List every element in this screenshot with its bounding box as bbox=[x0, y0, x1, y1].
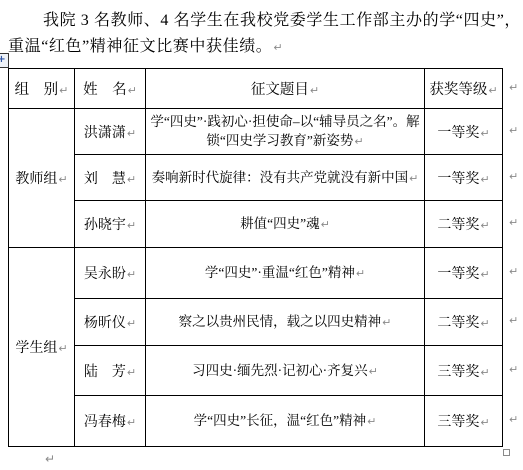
cell-end-mark: ↵ bbox=[128, 84, 137, 97]
cell-end-mark: ↵ bbox=[356, 267, 365, 280]
name-cell[interactable]: 孙晓宇↵ bbox=[75, 201, 146, 248]
end-of-row-mark: ↵ bbox=[509, 314, 518, 327]
title-text: 学“四史”·践初心·担使命–以“辅导员之名”。解锁“四史学习教育”新姿势 bbox=[150, 114, 419, 148]
cell-end-mark: ↵ bbox=[480, 173, 489, 186]
award-cell[interactable]: 一等奖↵ bbox=[425, 109, 503, 155]
name-text: 杨昕仪 bbox=[84, 316, 126, 331]
table-row: 杨昕仪↵ 察之以贵州民情，载之以四史精神↵ 二等奖↵ bbox=[9, 299, 503, 346]
intro-line-2[interactable]: 重温“红色”精神征文比赛中获佳绩。↵ bbox=[8, 34, 520, 61]
title-cell[interactable]: 学“四史”·践初心·担使命–以“辅导员之名”。解锁“四史学习教育”新姿势↵ bbox=[146, 109, 425, 155]
cell-end-mark: ↵ bbox=[58, 342, 67, 355]
award-text: 一等奖 bbox=[437, 126, 479, 141]
name-cell[interactable]: 陆 芳↵ bbox=[75, 346, 146, 396]
table-row: 刘 慧↵ 奏响新时代旋律：没有共产党就没有新中国↵ 一等奖↵ bbox=[9, 155, 503, 201]
cell-end-mark: ↵ bbox=[367, 415, 376, 428]
award-text: 一等奖 bbox=[437, 172, 479, 187]
cell-end-mark: ↵ bbox=[480, 366, 489, 379]
name-cell[interactable]: 洪潇潇↵ bbox=[75, 109, 146, 155]
award-text: 二等奖 bbox=[437, 316, 479, 331]
cell-end-mark: ↵ bbox=[127, 268, 136, 281]
table-resize-handle[interactable] bbox=[503, 449, 510, 456]
title-cell[interactable]: 学“四史”长征，温“红色”精神↵ bbox=[146, 396, 425, 447]
table-row: 孙晓宇↵ 耕值“四史”魂↵ 二等奖↵ bbox=[9, 201, 503, 248]
col-header-group[interactable]: 组 别↵ bbox=[9, 69, 75, 109]
award-cell[interactable]: 一等奖↵ bbox=[425, 155, 503, 201]
cell-end-mark: ↵ bbox=[488, 84, 497, 97]
cell-end-mark: ↵ bbox=[382, 316, 391, 329]
award-cell[interactable]: 二等奖↵ bbox=[425, 201, 503, 248]
title-cell[interactable]: 学“四史”·重温“红色”精神↵ bbox=[146, 248, 425, 299]
group-cell-students[interactable]: 学生组↵ bbox=[9, 248, 75, 447]
name-text: 洪潇潇 bbox=[84, 126, 126, 141]
col-header-name-text: 姓 名 bbox=[83, 82, 127, 98]
cell-end-mark: ↵ bbox=[127, 219, 136, 232]
table-row: 教师组↵ 洪潇潇↵ 学“四史”·践初心·担使命–以“辅导员之名”。解锁“四史学习… bbox=[9, 109, 503, 155]
title-cell[interactable]: 习四史·缅先烈·记初心·齐复兴↵ bbox=[146, 346, 425, 396]
cell-end-mark: ↵ bbox=[321, 218, 330, 231]
title-cell[interactable]: 耕值“四史”魂↵ bbox=[146, 201, 425, 248]
cell-end-mark: ↵ bbox=[480, 416, 489, 429]
document-page: 我院 3 名教师、4 名学生在我校党委学生工作部主办的学“四史”， 重温“红色”… bbox=[0, 0, 523, 470]
award-cell[interactable]: 二等奖↵ bbox=[425, 299, 503, 346]
cell-end-mark: ↵ bbox=[310, 84, 319, 97]
intro-line-1[interactable]: 我院 3 名教师、4 名学生在我校党委学生工作部主办的学“四史”， bbox=[8, 8, 520, 34]
intro-paragraph[interactable]: 我院 3 名教师、4 名学生在我校党委学生工作部主办的学“四史”， 重温“红色”… bbox=[8, 8, 520, 61]
cell-end-mark: ↵ bbox=[480, 317, 489, 330]
paragraph-mark: ↵ bbox=[273, 41, 283, 54]
award-cell[interactable]: 三等奖↵ bbox=[425, 346, 503, 396]
award-text: 一等奖 bbox=[437, 267, 479, 282]
end-of-row-mark: ↵ bbox=[509, 413, 518, 426]
award-text: 三等奖 bbox=[437, 415, 479, 430]
col-header-title[interactable]: 征文题目↵ bbox=[146, 69, 425, 109]
intro-line-2-text: 重温“红色”精神征文比赛中获佳绩。 bbox=[8, 38, 272, 55]
name-cell[interactable]: 刘 慧↵ bbox=[75, 155, 146, 201]
cell-end-mark: ↵ bbox=[409, 172, 418, 185]
paragraph-mark: ↵ bbox=[45, 452, 55, 466]
name-cell[interactable]: 冯春梅↵ bbox=[75, 396, 146, 447]
group-label: 教师组 bbox=[15, 172, 57, 187]
table-row: 冯春梅↵ 学“四史”长征，温“红色”精神↵ 三等奖↵ bbox=[9, 396, 503, 447]
title-cell[interactable]: 察之以贵州民情，载之以四史精神↵ bbox=[146, 299, 425, 346]
col-header-award[interactable]: 获奖等级↵ bbox=[425, 69, 503, 109]
end-of-row-mark: ↵ bbox=[509, 81, 518, 94]
cell-end-mark: ↵ bbox=[127, 366, 136, 379]
cell-end-mark: ↵ bbox=[127, 127, 136, 140]
group-label: 学生组 bbox=[15, 341, 57, 356]
title-cell[interactable]: 奏响新时代旋律：没有共产党就没有新中国↵ bbox=[146, 155, 425, 201]
end-of-row-mark: ↵ bbox=[509, 124, 518, 137]
title-text: 耕值“四史”魂 bbox=[240, 216, 319, 231]
award-text: 三等奖 bbox=[437, 365, 479, 380]
end-of-row-mark: ↵ bbox=[509, 265, 518, 278]
col-header-title-text: 征文题目 bbox=[251, 82, 309, 98]
cell-end-mark: ↵ bbox=[127, 416, 136, 429]
cell-end-mark: ↵ bbox=[354, 135, 363, 148]
table-row: 学生组↵ 吴永盼↵ 学“四史”·重温“红色”精神↵ 一等奖↵ bbox=[9, 248, 503, 299]
end-of-row-mark: ↵ bbox=[509, 216, 518, 229]
cell-end-mark: ↵ bbox=[127, 173, 136, 186]
table-header-row: 组 别↵ 姓 名↵ 征文题目↵ 获奖等级↵ bbox=[9, 69, 503, 109]
name-text: 冯春梅 bbox=[84, 415, 126, 430]
award-cell[interactable]: 三等奖↵ bbox=[425, 396, 503, 447]
name-text: 孙晓宇 bbox=[84, 218, 126, 233]
name-cell[interactable]: 杨昕仪↵ bbox=[75, 299, 146, 346]
award-cell[interactable]: 一等奖↵ bbox=[425, 248, 503, 299]
cell-end-mark: ↵ bbox=[480, 219, 489, 232]
end-of-row-mark: ↵ bbox=[509, 170, 518, 183]
title-text: 学“四史”长征，温“红色”精神 bbox=[194, 413, 366, 428]
group-cell-teachers[interactable]: 教师组↵ bbox=[9, 109, 75, 248]
cell-end-mark: ↵ bbox=[369, 365, 378, 378]
name-text: 刘 慧 bbox=[84, 172, 126, 187]
cell-end-mark: ↵ bbox=[58, 173, 67, 186]
name-text: 吴永盼 bbox=[84, 267, 126, 282]
col-header-name[interactable]: 姓 名↵ bbox=[75, 69, 146, 109]
name-cell[interactable]: 吴永盼↵ bbox=[75, 248, 146, 299]
col-header-group-text: 组 别 bbox=[15, 82, 59, 98]
award-text: 二等奖 bbox=[437, 218, 479, 233]
table-move-handle-icon[interactable]: + bbox=[0, 53, 9, 68]
title-text: 学“四史”·重温“红色”精神 bbox=[205, 265, 355, 280]
table-row: 陆 芳↵ 习四史·缅先烈·记初心·齐复兴↵ 三等奖↵ bbox=[9, 346, 503, 396]
cell-end-mark: ↵ bbox=[480, 268, 489, 281]
cell-end-mark: ↵ bbox=[59, 84, 68, 97]
name-text: 陆 芳 bbox=[84, 365, 126, 380]
title-text: 奏响新时代旋律：没有共产党就没有新中国 bbox=[152, 170, 409, 185]
cell-end-mark: ↵ bbox=[480, 127, 489, 140]
title-text: 习四史·缅先烈·记初心·齐复兴 bbox=[192, 363, 368, 378]
title-text: 察之以贵州民情，载之以四史精神 bbox=[179, 314, 382, 329]
cell-end-mark: ↵ bbox=[127, 317, 136, 330]
awards-table: 组 别↵ 姓 名↵ 征文题目↵ 获奖等级↵ 教师组↵ 洪潇潇↵ 学“四史”·践初… bbox=[8, 68, 503, 447]
end-of-row-mark: ↵ bbox=[509, 363, 518, 376]
col-header-award-text: 获奖等级 bbox=[429, 82, 487, 98]
